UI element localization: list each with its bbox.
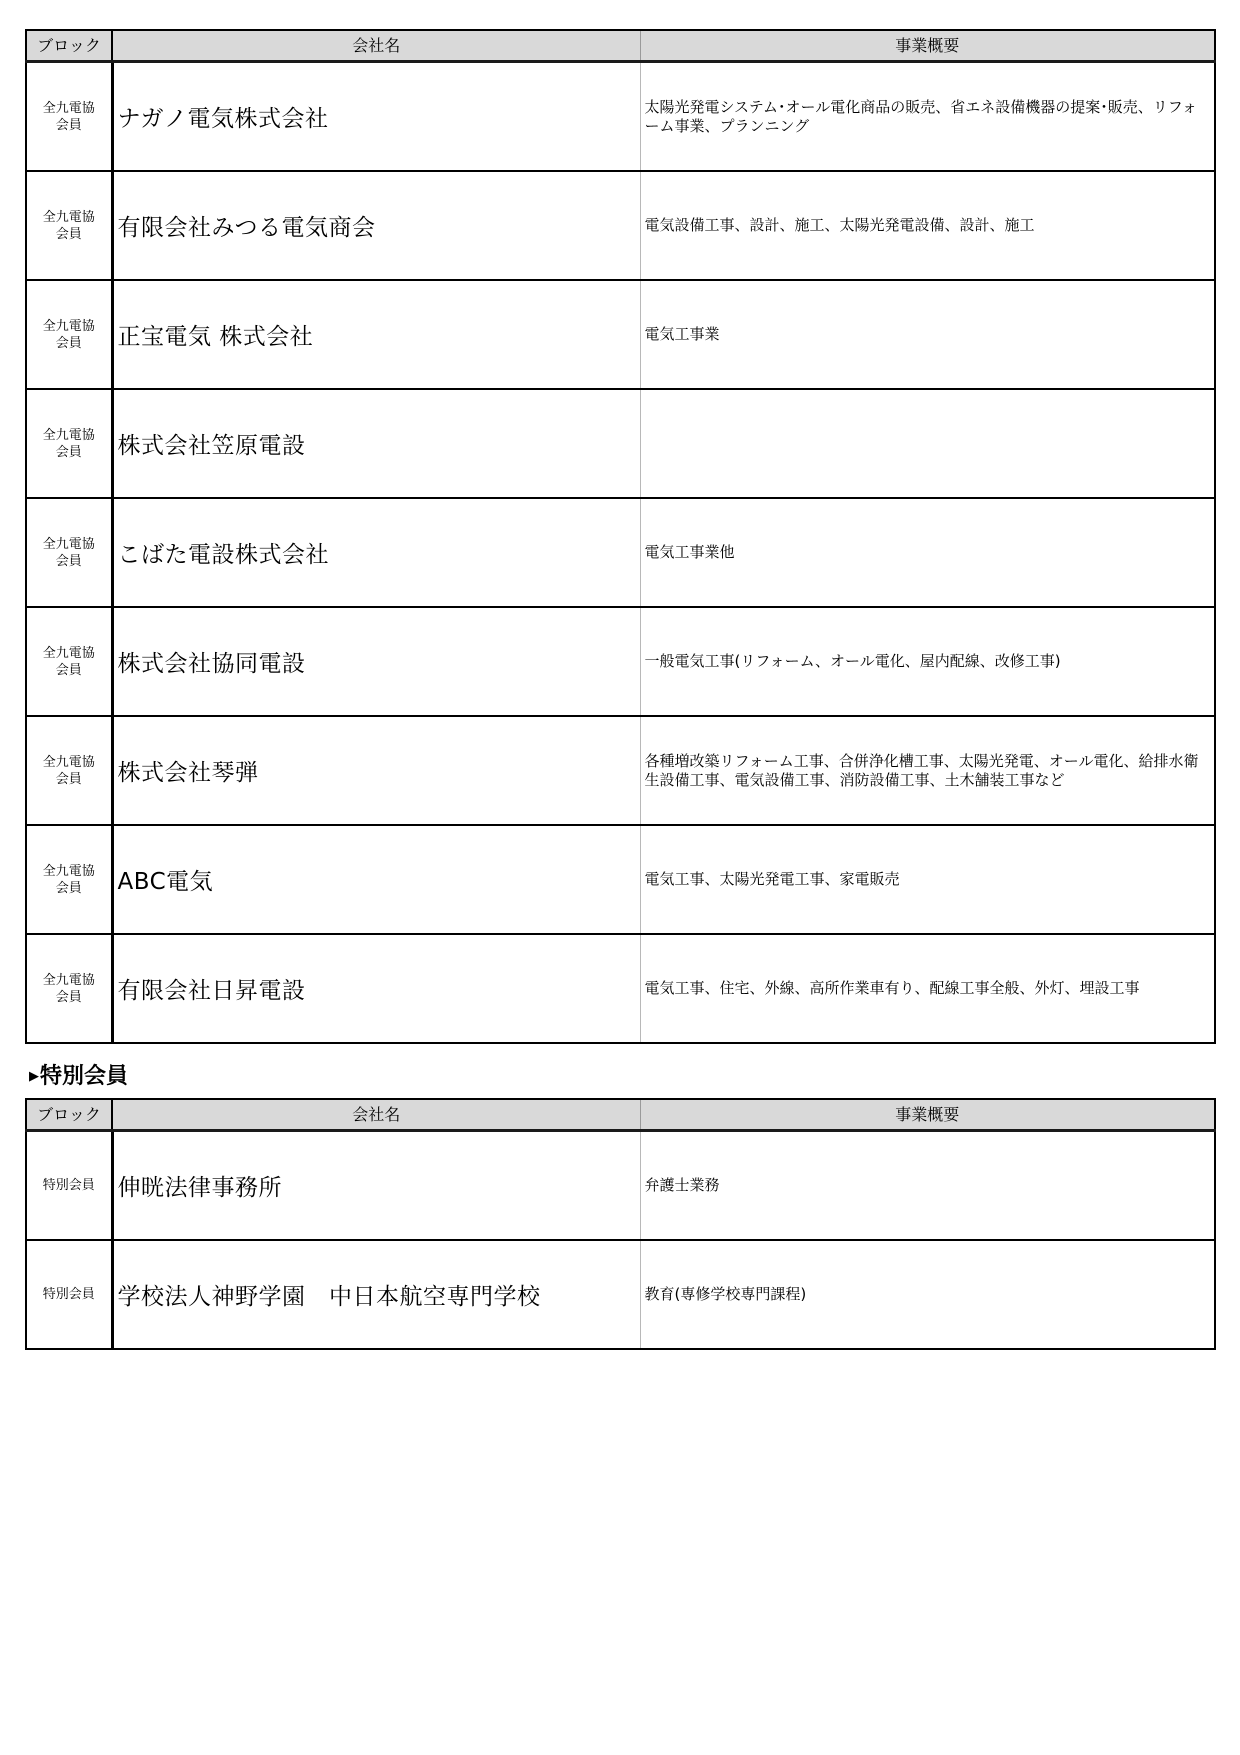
block-label: 全九電協 (27, 100, 111, 117)
block-label: 全九電協 (27, 318, 111, 335)
table-header-row: ブロック 会社名 事業概要 (26, 30, 1215, 62)
block-label: 全九電協 (27, 754, 111, 771)
company-name: ナガノ電気株式会社 (112, 62, 640, 172)
table-row: 全九電協会員 株式会社琴弾 各種増改築リフォーム工事、合併浄化槽工事、太陽光発電… (26, 716, 1215, 825)
company-name: 伸晄法律事務所 (112, 1131, 640, 1241)
table-row: 全九電協会員 正宝電気 株式会社 電気工事業 (26, 280, 1215, 389)
block-label: 会員 (27, 771, 111, 788)
block-label: 全九電協 (27, 645, 111, 662)
business-summary: 電気工事、住宅、外線、高所作業車有り、配線工事全般、外灯、埋設工事 (640, 934, 1215, 1043)
header-company-name: 会社名 (112, 1099, 640, 1131)
table-row: 特別会員 学校法人神野学園 中日本航空専門学校 教育(専修学校専門課程) (26, 1240, 1215, 1349)
table-row: 全九電協会員 有限会社日昇電設 電気工事、住宅、外線、高所作業車有り、配線工事全… (26, 934, 1215, 1043)
business-summary: 電気設備工事、設計、施工、太陽光発電設備、設計、施工 (640, 171, 1215, 280)
table-row: 全九電協会員 株式会社協同電設 一般電気工事(リフォーム、オール電化、屋内配線、… (26, 607, 1215, 716)
block-label: 会員 (27, 880, 111, 897)
block-cell: 全九電協会員 (26, 389, 112, 498)
company-name: 有限会社日昇電設 (112, 934, 640, 1043)
block-label: 全九電協 (27, 536, 111, 553)
block-label: 会員 (27, 117, 111, 134)
company-name: こばた電設株式会社 (112, 498, 640, 607)
block-label: 会員 (27, 335, 111, 352)
special-members-table: ブロック 会社名 事業概要 特別会員 伸晄法律事務所 弁護士業務 特別会員 学校… (25, 1098, 1216, 1350)
block-cell: 特別会員 (26, 1131, 112, 1241)
block-label: 会員 (27, 553, 111, 570)
regular-members-table: ブロック 会社名 事業概要 全九電協会員 ナガノ電気株式会社 太陽光発電システム… (25, 29, 1216, 1044)
block-label: 会員 (27, 226, 111, 243)
block-label: 全九電協 (27, 863, 111, 880)
block-label: 会員 (27, 662, 111, 679)
block-cell: 全九電協会員 (26, 280, 112, 389)
business-summary: 太陽光発電システム･オール電化商品の販売、省エネ設備機器の提案･販売、リフォーム… (640, 62, 1215, 172)
table-row: 全九電協会員 有限会社みつる電気商会 電気設備工事、設計、施工、太陽光発電設備、… (26, 171, 1215, 280)
block-label: 会員 (27, 989, 111, 1006)
block-cell: 全九電協会員 (26, 607, 112, 716)
block-label: 全九電協 (27, 209, 111, 226)
triangle-marker-icon: ▶ (29, 1069, 39, 1084)
header-business-summary: 事業概要 (640, 1099, 1215, 1131)
business-summary: 教育(専修学校専門課程) (640, 1240, 1215, 1349)
block-label: 会員 (27, 444, 111, 461)
table-row: 特別会員 伸晄法律事務所 弁護士業務 (26, 1131, 1215, 1241)
header-company-name: 会社名 (112, 30, 640, 62)
special-members-heading: ▶特別会員 (29, 1063, 128, 1091)
business-summary: 電気工事業他 (640, 498, 1215, 607)
company-name: ABC電気 (112, 825, 640, 934)
block-cell: 全九電協会員 (26, 825, 112, 934)
block-cell: 全九電協会員 (26, 716, 112, 825)
business-summary: 電気工事、太陽光発電工事、家電販売 (640, 825, 1215, 934)
business-summary: 一般電気工事(リフォーム、オール電化、屋内配線、改修工事) (640, 607, 1215, 716)
business-summary: 弁護士業務 (640, 1131, 1215, 1241)
company-name: 株式会社琴弾 (112, 716, 640, 825)
block-cell: 特別会員 (26, 1240, 112, 1349)
block-cell: 全九電協会員 (26, 171, 112, 280)
block-label: 全九電協 (27, 427, 111, 444)
header-block: ブロック (26, 1099, 112, 1131)
block-label: 全九電協 (27, 972, 111, 989)
company-name: 学校法人神野学園 中日本航空専門学校 (112, 1240, 640, 1349)
company-name: 株式会社笠原電設 (112, 389, 640, 498)
section-title: 特別会員 (40, 1064, 128, 1089)
business-summary (640, 389, 1215, 498)
table-header-row: ブロック 会社名 事業概要 (26, 1099, 1215, 1131)
table-row: 全九電協会員 ABC電気 電気工事、太陽光発電工事、家電販売 (26, 825, 1215, 934)
business-summary: 各種増改築リフォーム工事、合併浄化槽工事、太陽光発電、オール電化、給排水衛生設備… (640, 716, 1215, 825)
block-cell: 全九電協会員 (26, 934, 112, 1043)
table-row: 全九電協会員 こばた電設株式会社 電気工事業他 (26, 498, 1215, 607)
header-business-summary: 事業概要 (640, 30, 1215, 62)
table-row: 全九電協会員 ナガノ電気株式会社 太陽光発電システム･オール電化商品の販売、省エ… (26, 62, 1215, 172)
header-block: ブロック (26, 30, 112, 62)
business-summary: 電気工事業 (640, 280, 1215, 389)
block-cell: 全九電協会員 (26, 62, 112, 172)
company-name: 有限会社みつる電気商会 (112, 171, 640, 280)
table-row: 全九電協会員 株式会社笠原電設 (26, 389, 1215, 498)
company-name: 株式会社協同電設 (112, 607, 640, 716)
company-name: 正宝電気 株式会社 (112, 280, 640, 389)
block-cell: 全九電協会員 (26, 498, 112, 607)
